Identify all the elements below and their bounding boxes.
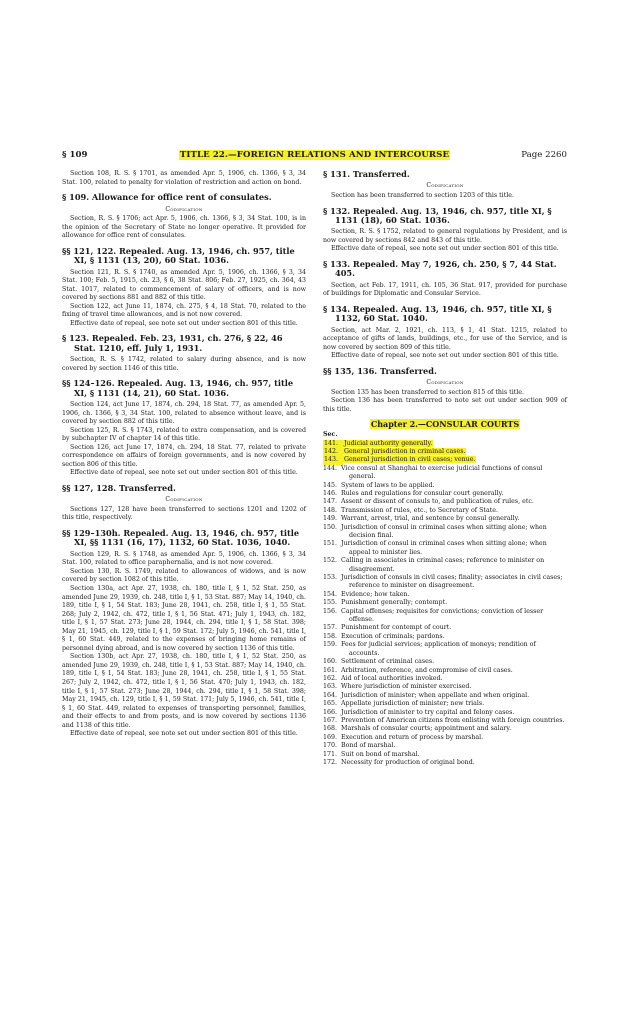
chapter-title: Chapter 2.—CONSULAR COURTS [370,419,520,429]
toc-item-number: 171. [323,751,341,759]
section-124-p4: Effective date of repeal, see note set o… [62,469,306,478]
chapter-heading: Chapter 2.—CONSULAR COURTS [323,420,567,429]
section-129-p3: Section 130a, act Apr. 27, 1938, ch. 180… [62,585,306,653]
toc-item: 166.Jurisdiction of minister to try capi… [323,709,567,717]
toc-item: 171.Suit on bond of marshal. [323,751,567,759]
toc-item-text: Settlement of criminal cases. [341,658,567,666]
section-134-p2: Effective date of repeal, see note set o… [323,352,567,361]
toc-item-number: 164. [323,692,341,700]
toc-item: 163.Where jurisdiction of minister exerc… [323,683,567,691]
toc-item: 172.Necessity for production of original… [323,759,567,767]
toc-item: 149.Warrant, arrest, trial, and sentence… [323,515,567,523]
toc-item-text: Execution of criminals; pardons. [341,633,567,641]
toc-item-number: 169. [323,734,341,742]
sec-label: Sec. [323,431,567,440]
toc-item: 169.Execution and return of process by m… [323,734,567,742]
section-135-heading: §§ 135, 136. Transferred. [323,367,567,376]
toc-item-text: Rules and regulations for consular court… [341,490,567,498]
toc-item-text: Assent or dissent of consuls to, and pub… [341,498,567,506]
document-page: § 109 TITLE 22.—FOREIGN RELATIONS AND IN… [62,150,567,767]
toc-item: 164.Jurisdiction of minister; when appel… [323,692,567,700]
toc-item: 147.Assent or dissent of consuls to, and… [323,498,567,506]
section-134-heading: § 134. Repealed. Aug. 13, 1946, ch. 957,… [323,305,567,324]
toc-item-text: General jurisdiction in civil cases; ven… [343,456,567,464]
toc-item: 145.System of laws to be applied. [323,482,567,490]
toc-item-number: 142. [323,448,343,456]
toc-item-text: Calling in associates in criminal cases;… [341,557,567,574]
toc-item-text: Jurisdiction of consul in criminal cases… [341,524,567,541]
toc-item: 150.Jurisdiction of consul in criminal c… [323,524,567,541]
toc-item: 156.Capital offenses; requisites for con… [323,608,567,625]
toc-item-number: 165. [323,700,341,708]
toc-item-number: 155. [323,599,341,607]
section-132-heading: § 132. Repealed. Aug. 13, 1946, ch. 957,… [323,207,567,226]
section-132-p1: Section, R. S. § 1752, related to genera… [323,228,567,245]
toc-item-text: Transmission of rules, etc., to Secretar… [341,507,567,515]
toc-item-number: 167. [323,717,341,725]
toc-item: 153.Jurisdiction of consuls in civil cas… [323,574,567,591]
toc-item-number: 153. [323,574,341,591]
toc-item-number: 172. [323,759,341,767]
section-127-text: Sections 127, 128 have been transferred … [62,506,306,523]
section-124-p2: Section 125, R. S. § 1743, related to ex… [62,427,306,444]
toc-item-text: Aid of local authorities invoked. [341,675,567,683]
section-135-p2: Section 136 has been transferred to note… [323,397,567,414]
codification-label: Codification [62,206,306,215]
toc-item: 165.Appellate jurisdiction of minister; … [323,700,567,708]
toc-item-number: 161. [323,667,341,675]
toc-item-number: 146. [323,490,341,498]
toc-item: 154.Evidence; how taken. [323,591,567,599]
toc-item-text: Necessity for production of original bon… [341,759,567,767]
toc-item-number: 157. [323,624,341,632]
section-121-p2: Section 122, act June 11, 1874, ch. 275,… [62,303,306,320]
section-127-heading: §§ 127, 128. Transferred. [62,484,306,493]
intro-paragraph: Section 108, R. S. § 1701, as amended Ap… [62,170,306,187]
toc-item-number: 170. [323,742,341,750]
toc-item: 142.General jurisdiction in criminal cas… [323,448,567,456]
section-129-heading: §§ 129–130h. Repealed. Aug. 13, 1946, ch… [62,529,306,548]
toc-item-number: 168. [323,725,341,733]
toc-item-text: System of laws to be applied. [341,482,567,490]
section-121-p1: Section 121, R. S. § 1740, as amended Ap… [62,269,306,303]
toc-item-text: Jurisdiction of consul in criminal cases… [341,540,567,557]
section-129-p2: Section 130, R. S. 1749, related to allo… [62,568,306,585]
toc-item-number: 144. [323,465,341,482]
right-column: § 131. Transferred. Codification Section… [323,170,567,767]
toc-item-number: 143. [323,456,343,464]
section-131-heading: § 131. Transferred. [323,170,567,179]
toc-item-number: 163. [323,683,341,691]
section-134-p1: Section, act Mar. 2, 1921, ch. 113, § 1,… [323,327,567,353]
toc-item-text: Punishment for contempt of court. [341,624,567,632]
toc-item: 148.Transmission of rules, etc., to Secr… [323,507,567,515]
chapter-section-list: 141.Judicial authority generally.142.Gen… [323,440,567,768]
toc-item-text: Bond of marshal. [341,742,567,750]
section-109-text: Section, R. S. § 1706; act Apr. 5, 1906,… [62,215,306,241]
toc-item: 167.Prevention of American citizens from… [323,717,567,725]
toc-item-text: Marshals of consular courts; appointment… [341,725,567,733]
toc-item-text: Where jurisdiction of minister exercised… [341,683,567,691]
section-129-p1: Section 129, R. S. § 1748, as amended Ap… [62,551,306,568]
toc-item-number: 159. [323,641,341,658]
codification-label: Codification [323,182,567,191]
section-129-p5: Effective date of repeal, see note set o… [62,730,306,739]
toc-item-number: 158. [323,633,341,641]
section-109-heading: § 109. Allowance for office rent of cons… [62,193,306,202]
toc-item-number: 141. [323,440,343,448]
toc-item: 161.Arbitration, reference, and compromi… [323,667,567,675]
toc-item-number: 145. [323,482,341,490]
section-124-heading: §§ 124–126. Repealed. Aug. 13, 1946, ch.… [62,379,306,398]
toc-item: 152.Calling in associates in criminal ca… [323,557,567,574]
section-124-p1: Section 124, act June 17, 1874, ch. 294,… [62,401,306,427]
section-132-p2: Effective date of repeal, see note set o… [323,245,567,254]
toc-item-text: Appellate jurisdiction of minister; new … [341,700,567,708]
toc-item-text: Evidence; how taken. [341,591,567,599]
section-135-p1: Section 135 has been transferred to sect… [323,389,567,398]
toc-item-text: General jurisdiction in criminal cases. [343,448,567,456]
toc-item: 168.Marshals of consular courts; appoint… [323,725,567,733]
toc-item-number: 156. [323,608,341,625]
section-133-heading: § 133. Repealed. May 7, 1926, ch. 250, §… [323,260,567,279]
toc-item-text: Warrant, arrest, trial, and sentence by … [341,515,567,523]
toc-item-number: 150. [323,524,341,541]
toc-item: 170.Bond of marshal. [323,742,567,750]
toc-item-text: Capital offenses; requisites for convict… [341,608,567,625]
section-121-p3: Effective date of repeal, see note set o… [62,320,306,329]
toc-item-number: 148. [323,507,341,515]
page-number: Page 2260 [507,150,567,160]
toc-item: 158.Execution of criminals; pardons. [323,633,567,641]
toc-item-text: Fees for judicial services; application … [341,641,567,658]
toc-item-text: Punishment generally; contempt. [341,599,567,607]
toc-item-text: Vice consul at Shanghai to exercise judi… [341,465,567,482]
codification-label: Codification [62,496,306,505]
section-123-text: Section, R. S. § 1742, related to salary… [62,356,306,373]
header-section-ref: § 109 [62,150,122,160]
section-121-heading: §§ 121, 122. Repealed. Aug. 13, 1946, ch… [62,247,306,266]
toc-item: 143.General jurisdiction in civil cases;… [323,456,567,464]
toc-item-text: Arbitration, reference, and compromise o… [341,667,567,675]
section-129-p4: Section 130b, act Apr. 27, 1938, ch. 180… [62,653,306,730]
toc-item: 151.Jurisdiction of consul in criminal c… [323,540,567,557]
toc-item-text: Jurisdiction of minister; when appellate… [341,692,567,700]
toc-item-text: Execution and return of process by marsh… [341,734,567,742]
page-header: § 109 TITLE 22.—FOREIGN RELATIONS AND IN… [62,150,567,164]
toc-item: 141.Judicial authority generally. [323,440,567,448]
toc-item-number: 152. [323,557,341,574]
toc-item-number: 166. [323,709,341,717]
section-131-text: Section has been transferred to section … [323,192,567,201]
toc-item: 155.Punishment generally; contempt. [323,599,567,607]
toc-item: 160.Settlement of criminal cases. [323,658,567,666]
toc-item-number: 151. [323,540,341,557]
toc-item-number: 154. [323,591,341,599]
toc-item-number: 160. [323,658,341,666]
toc-item-number: 149. [323,515,341,523]
toc-item-text: Prevention of American citizens from enl… [341,717,567,725]
toc-item: 162.Aid of local authorities invoked. [323,675,567,683]
header-title: TITLE 22.—FOREIGN RELATIONS AND INTERCOU… [179,150,450,160]
toc-item: 144.Vice consul at Shanghai to exercise … [323,465,567,482]
codification-label: Codification [323,379,567,388]
toc-item: 159.Fees for judicial services; applicat… [323,641,567,658]
toc-item-text: Jurisdiction of minister to try capital … [341,709,567,717]
toc-item-text: Suit on bond of marshal. [341,751,567,759]
section-133-text: Section, act Feb. 17, 1911, ch. 105, 36 … [323,282,567,299]
toc-item-number: 162. [323,675,341,683]
toc-item: 157.Punishment for contempt of court. [323,624,567,632]
section-124-p3: Section 126, act June 17, 1874, ch. 294,… [62,444,306,470]
left-column: Section 108, R. S. § 1701, as amended Ap… [62,170,306,767]
toc-item-number: 147. [323,498,341,506]
toc-item-text: Judicial authority generally. [343,440,567,448]
toc-item: 146.Rules and regulations for consular c… [323,490,567,498]
section-123-heading: § 123. Repealed. Feb. 23, 1931, ch. 276,… [62,334,306,353]
toc-item-text: Jurisdiction of consuls in civil cases; … [341,574,567,591]
